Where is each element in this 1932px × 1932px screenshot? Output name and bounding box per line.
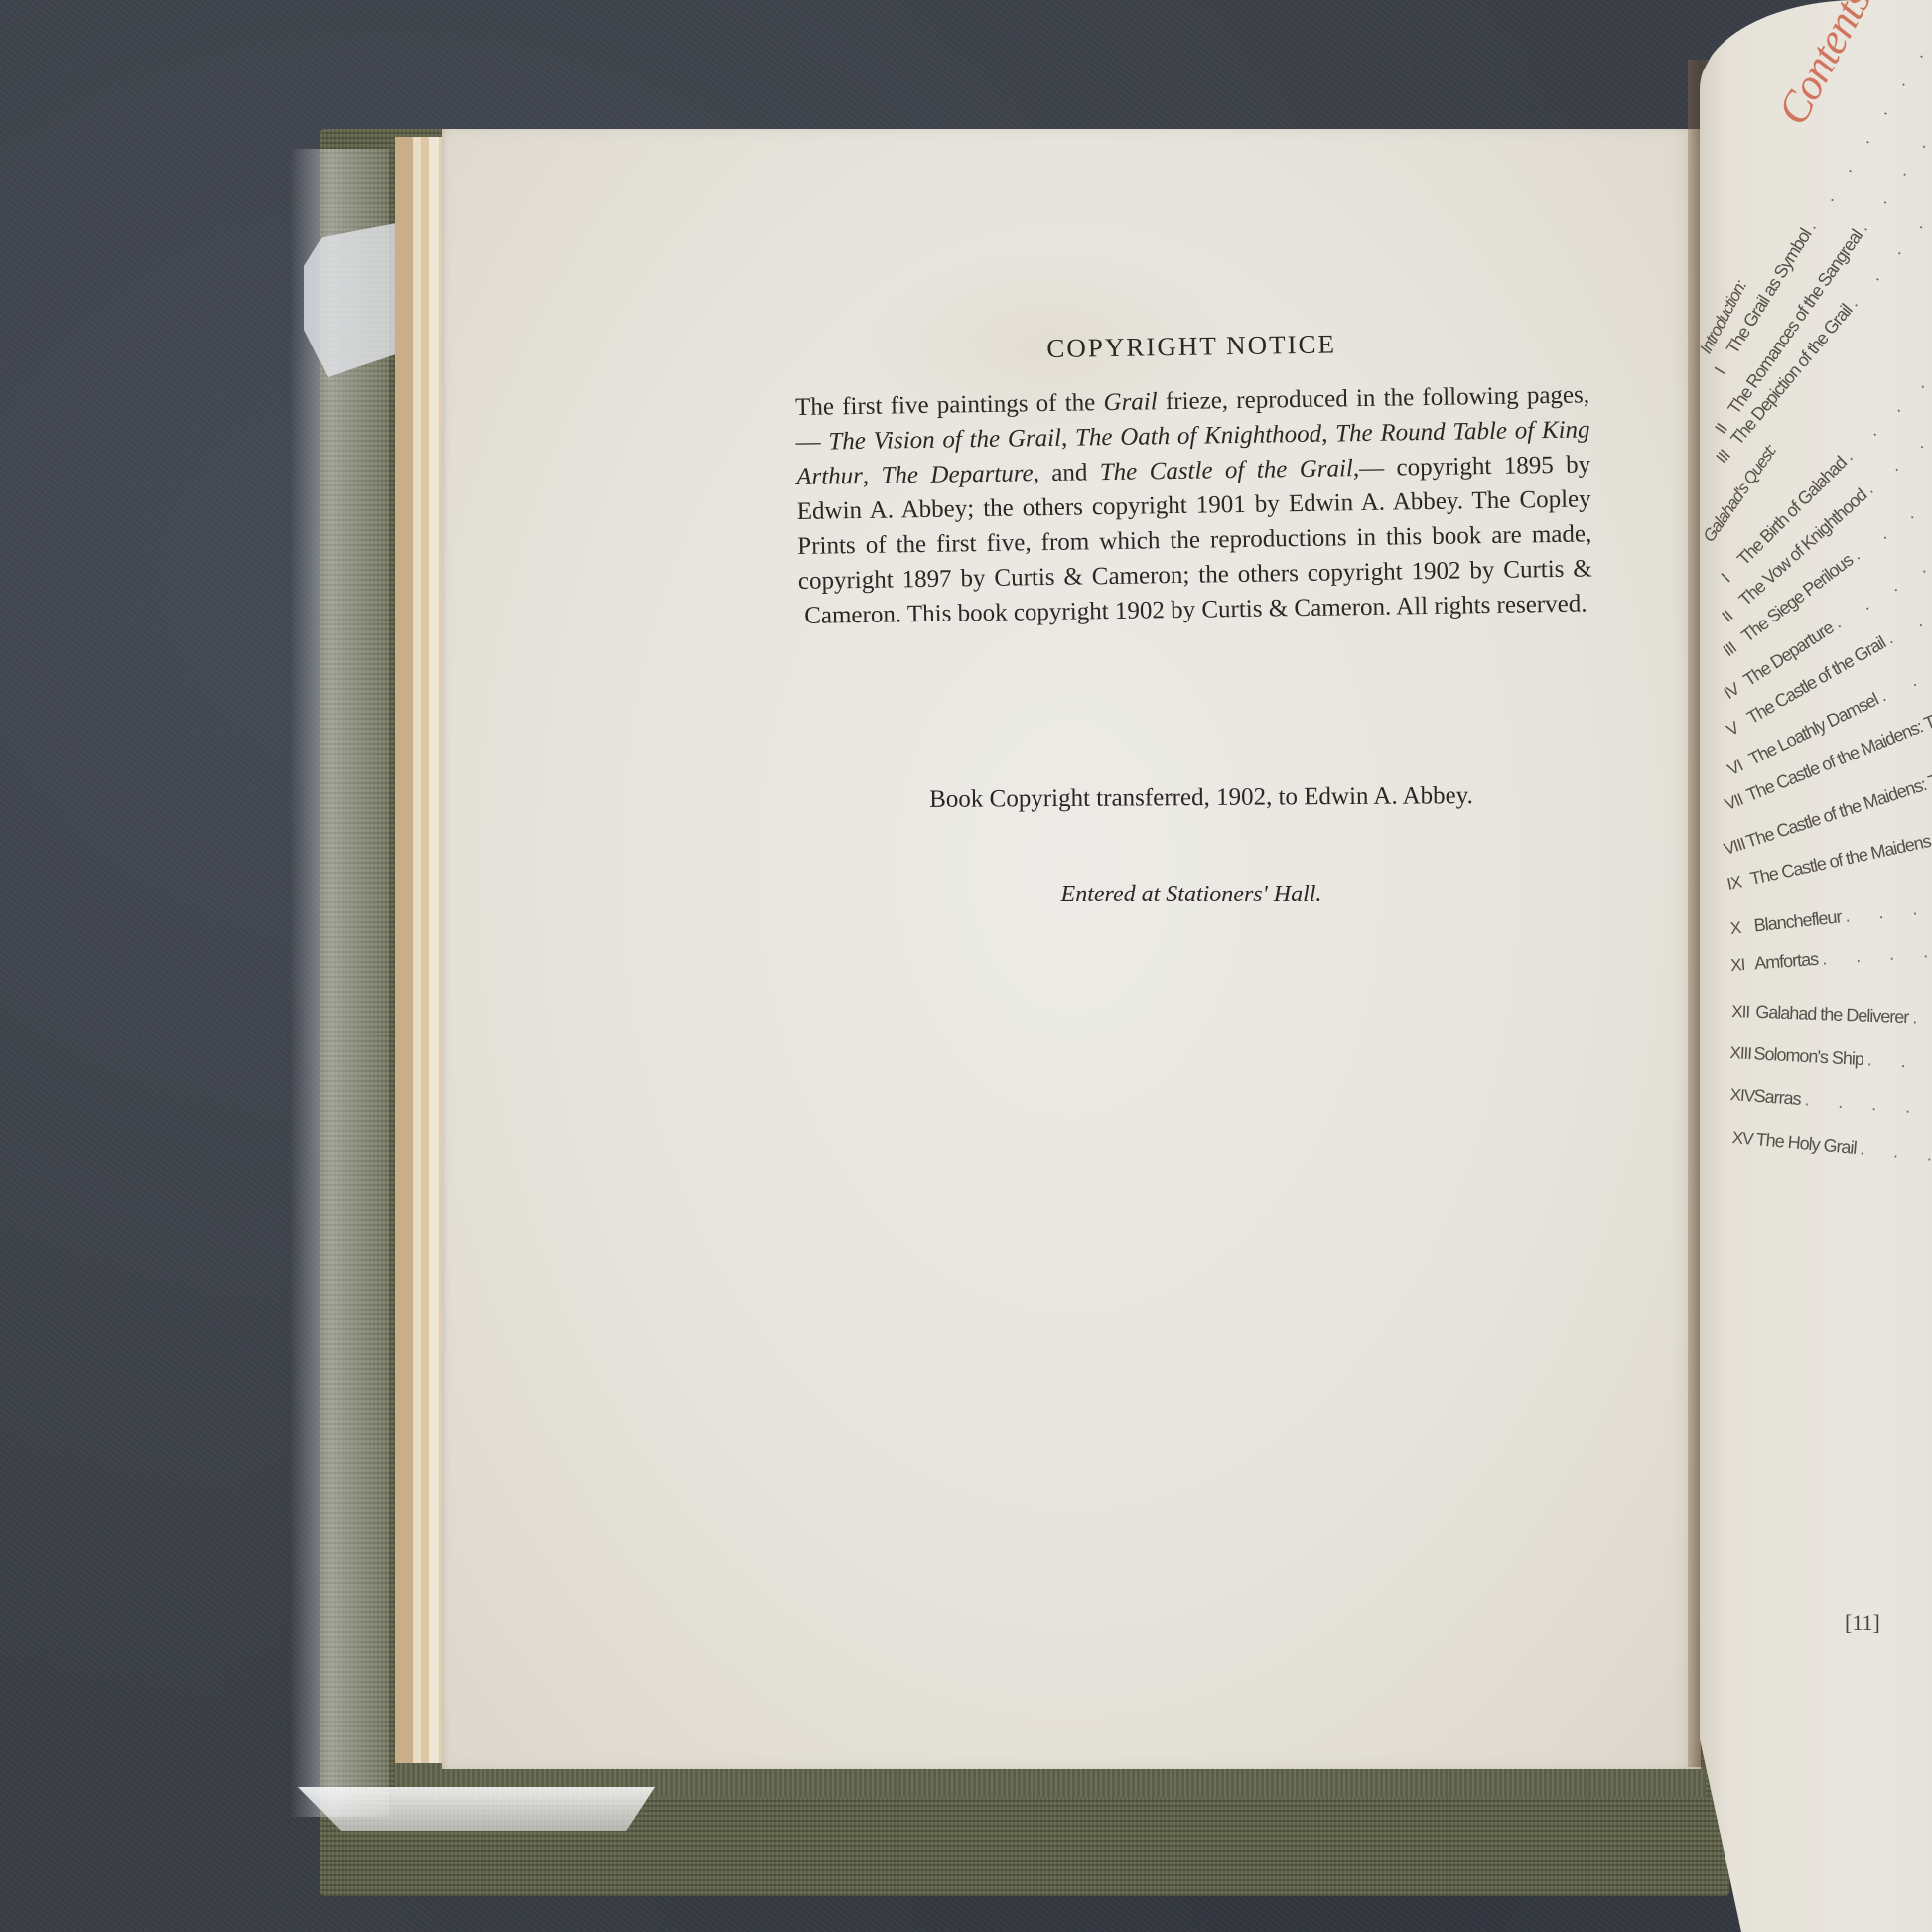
copyright-transfer-notice: Book Copyright transferred, 1902, to Edw… xyxy=(854,782,1549,815)
italic-title: The Oath of Knighthood xyxy=(1075,421,1322,452)
toc-entry[interactable]: XIIISolomon's Ship . . . . . . . . . xyxy=(1729,1042,1932,1085)
copyright-notice-block: COPYRIGHT NOTICE The first five painting… xyxy=(794,325,1593,633)
copyright-notice-body: The first five paintings of the Grail fr… xyxy=(795,377,1593,633)
toc-entry[interactable]: XVThe Holy Grail . . . . . . . . . xyxy=(1731,1127,1932,1183)
body-text: , xyxy=(863,463,882,489)
italic-title: The Castle of the Grail xyxy=(1100,455,1354,485)
italic-title: Grail xyxy=(1103,388,1158,416)
plastic-sleeve-bottom xyxy=(298,1787,655,1831)
table-of-contents: Introduction: IThe Grail as Symbol . . .… xyxy=(1706,0,1932,1932)
italic-title: The Departure xyxy=(881,460,1034,488)
body-text: , xyxy=(1321,420,1335,447)
body-text: , xyxy=(1061,425,1075,452)
body-text: , and xyxy=(1033,459,1100,486)
stationers-hall-notice: Entered at Stationers' Hall. xyxy=(854,882,1529,908)
toc-entry[interactable]: XIVSarras . . . . . . . . . xyxy=(1729,1084,1932,1130)
body-text: The first five paintings of the xyxy=(795,389,1104,421)
page-number: [11] xyxy=(1845,1610,1880,1636)
italic-title: The Vision of the Grail xyxy=(828,425,1061,456)
toc-entry[interactable]: XIIGalahad the Deliverer . . . . . . . .… xyxy=(1731,1001,1932,1037)
plastic-sleeve-left xyxy=(290,149,389,1817)
